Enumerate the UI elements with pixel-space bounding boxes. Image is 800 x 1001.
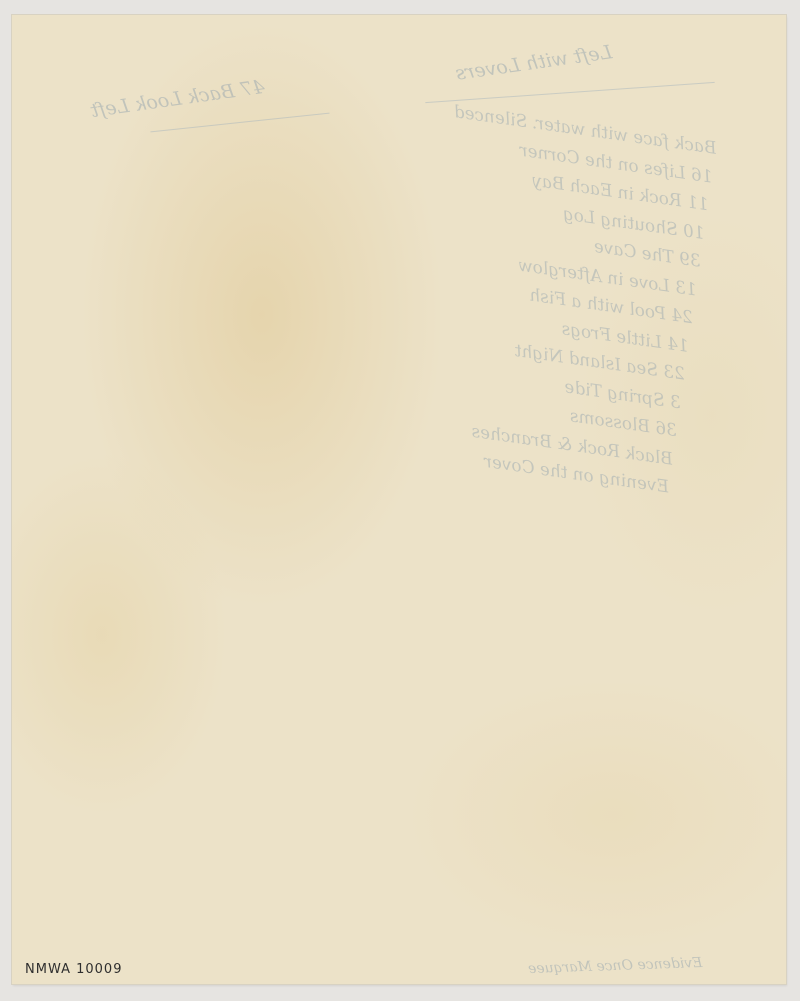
bleed-through-list: Back face with water. Silenced 16 Lifes … [310,85,718,502]
accession-number: NMWA 10009 [25,962,122,977]
